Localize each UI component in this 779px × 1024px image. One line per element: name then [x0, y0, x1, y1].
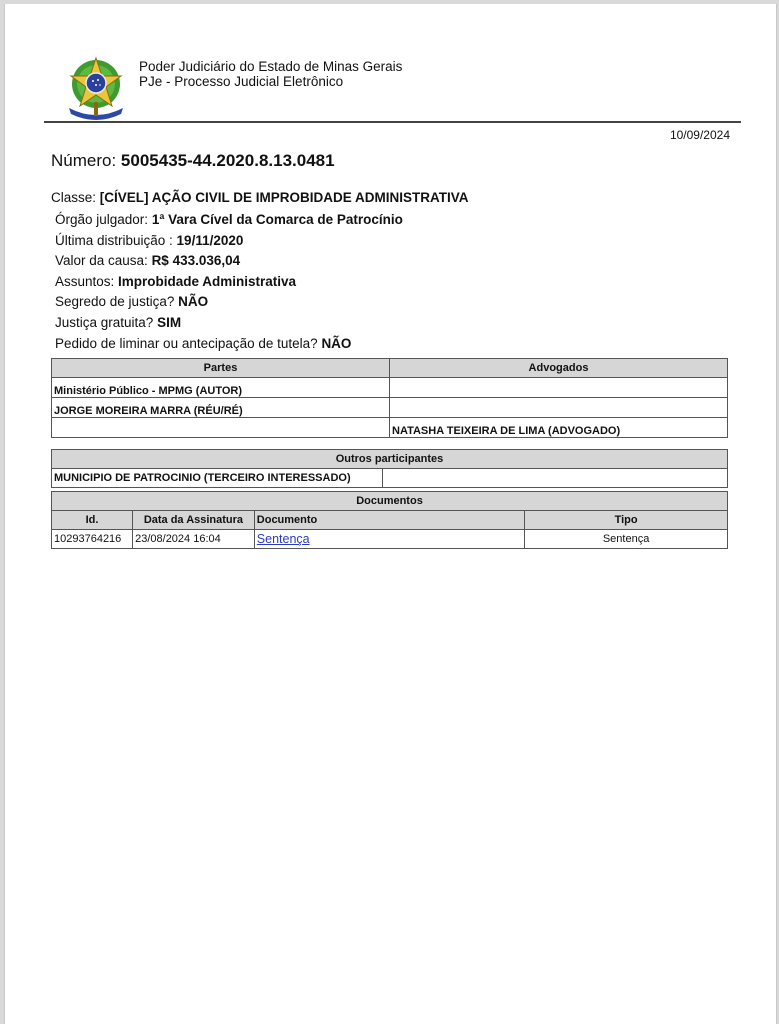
header-text: Poder Judiciário do Estado de Minas Gera… — [139, 59, 539, 89]
table-row: Ministério Público - MPMG (AUTOR) — [52, 378, 728, 398]
col-data: Data da Assinatura — [133, 511, 255, 530]
documentos-table: Documentos Id. Data da Assinatura Docume… — [51, 491, 728, 549]
table-row: MUNICIPIO DE PATROCINIO (TERCEIRO INTERE… — [52, 469, 728, 488]
col-documento: Documento — [254, 511, 524, 530]
outros-participantes-table: Outros participantes MUNICIPIO DE PATROC… — [51, 449, 728, 488]
process-number: Número: 5005435-44.2020.8.13.0481 — [51, 151, 335, 171]
info-gratuita: Justiça gratuita? SIM — [55, 313, 403, 334]
partes-table: Partes Advogados Ministério Público - MP… — [51, 358, 728, 438]
documentos-header: Documentos — [52, 492, 728, 511]
process-class: Classe: [CÍVEL] AÇÃO CIVIL DE IMPROBIDAD… — [51, 190, 469, 205]
info-segredo: Segredo de justiça? NÃO — [55, 292, 403, 313]
court-name: Poder Judiciário do Estado de Minas Gera… — [139, 59, 539, 74]
process-info: Órgão julgador: 1ª Vara Cível da Comarca… — [55, 210, 403, 354]
table-row: JORGE MOREIRA MARRA (RÉU/RÉ) — [52, 398, 728, 418]
outros-header: Outros participantes — [52, 450, 728, 469]
header-divider — [44, 121, 741, 123]
col-id: Id. — [52, 511, 133, 530]
print-date: 10/09/2024 — [670, 128, 730, 142]
info-valor: Valor da causa: R$ 433.036,04 — [55, 251, 403, 272]
process-number-label: Número: — [51, 151, 121, 170]
info-liminar: Pedido de liminar ou antecipação de tute… — [55, 334, 403, 355]
class-value: [CÍVEL] AÇÃO CIVIL DE IMPROBIDADE ADMINI… — [100, 190, 469, 205]
process-number-value: 5005435-44.2020.8.13.0481 — [121, 151, 335, 170]
info-assuntos: Assuntos: Improbidade Administrativa — [55, 272, 403, 293]
info-orgao: Órgão julgador: 1ª Vara Cível da Comarca… — [55, 210, 403, 231]
partes-header: Partes — [52, 359, 390, 378]
table-row: 10293764216 23/08/2024 16:04 Sentença Se… — [52, 530, 728, 549]
class-label: Classe: — [51, 190, 100, 205]
table-row: NATASHA TEIXEIRA DE LIMA (ADVOGADO) — [52, 418, 728, 438]
col-tipo: Tipo — [525, 511, 728, 530]
document-page: Poder Judiciário do Estado de Minas Gera… — [4, 4, 777, 1024]
info-distribuicao: Última distribuição : 19/11/2020 — [55, 231, 403, 252]
advogados-header: Advogados — [390, 359, 728, 378]
document-link[interactable]: Sentença — [257, 532, 310, 546]
brazil-coat-of-arms-icon — [63, 52, 129, 122]
system-name: PJe - Processo Judicial Eletrônico — [139, 74, 539, 89]
